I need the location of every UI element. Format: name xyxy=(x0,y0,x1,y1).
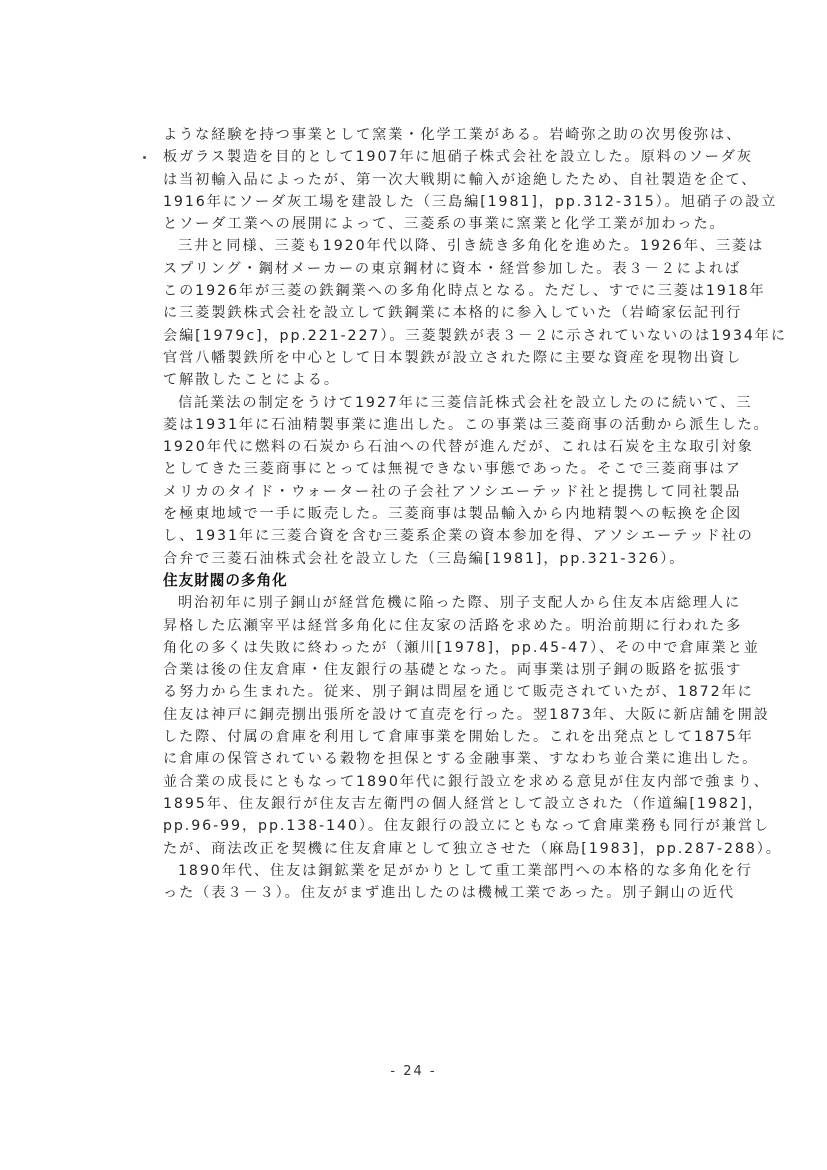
text-line: 合業は後の住友倉庫・住友銀行の基礎となった。両事業は別子銅の販路を拡張す xyxy=(163,659,728,681)
text-line: 1916年にソーダ灰工場を建設した（三島編[1981]，pp.312-315）。… xyxy=(163,191,728,213)
text-line: 官営八幡製鉄所を中心として日本製鉄が設立された際に主要な資産を現物出資し xyxy=(163,347,728,369)
paragraph: ような経験を持つ事業として窯業・化学工業がある。岩崎弥之助の次男俊弥は、 板ガラ… xyxy=(163,124,728,235)
paragraph: 1890年代、住友は銅鉱業を足がかりとして重工業部門への本格的な多角化を行 った… xyxy=(163,860,728,905)
text-line: 会編[1979c]，pp.221-227）。三菱製鉄が表３－２に示されていないの… xyxy=(163,325,728,347)
paragraph: 信託業法の制定をうけて1927年に三菱信託株式会社を設立したのに続いて、三 菱は… xyxy=(163,392,728,570)
text-line: し、1931年に三菱合資を含む三菱系企業の資本参加を得、アソシエーテッド社の xyxy=(163,525,728,547)
text-line: 住友は神戸に銅売捌出張所を設けて直売を行った。翌1873年、大阪に新店舗を開設 xyxy=(163,704,728,726)
text-line: この1926年が三菱の鉄鋼業への多角化時点となる。ただし、すでに三菱は1918年 xyxy=(163,280,728,302)
text-line: 並合業の成長にともなって1890年代に銀行設立を求める意見が住友内部で強まり、 xyxy=(163,771,728,793)
text-line: とソーダ工業への展開によって、三菱系の事業に窯業と化学工業が加わった。 xyxy=(163,213,728,235)
text-line: 三井と同様、三菱も1920年代以降、引き続き多角化を進めた。1926年、三菱は xyxy=(163,235,728,257)
text-line: 1890年代、住友は銅鉱業を足がかりとして重工業部門への本格的な多角化を行 xyxy=(163,860,728,882)
text-line: に三菱製鉄株式会社を設立して鉄鋼業に本格的に参入していた（岩崎家伝記刊行 xyxy=(163,302,728,324)
text-line: 角化の多くは失敗に終わったが（瀬川[1978]，pp.45-47）、その中で倉庫… xyxy=(163,637,728,659)
text-line: は当初輸入品によったが、第一次大戦期に輸入が途絶したため、自社製造を企て、 xyxy=(163,169,728,191)
text-line: 信託業法の制定をうけて1927年に三菱信託株式会社を設立したのに続いて、三 xyxy=(163,392,728,414)
text-line: て解散したことによる。 xyxy=(163,369,728,391)
paragraph: 明治初年に別子銅山が経営危機に陥った際、別子支配人から住友本店総理人に 昇格した… xyxy=(163,592,728,860)
text-line: 1920年代に燃料の石炭から石油への代替が進んだが、これは石炭を主な取引対象 xyxy=(163,436,728,458)
margin-mark xyxy=(143,156,146,159)
section-heading: 住友財閥の多角化 xyxy=(163,570,728,592)
text-line: を極東地域で一手に販売した。三菱商事は製品輸入から内地精製への転換を企図 xyxy=(163,503,728,525)
paragraph: 三井と同様、三菱も1920年代以降、引き続き多角化を進めた。1926年、三菱は … xyxy=(163,235,728,391)
text-line: 合弁で三菱石油株式会社を設立した（三島編[1981]，pp.321-326）。 xyxy=(163,548,728,570)
text-line: 明治初年に別子銅山が経営危機に陥った際、別子支配人から住友本店総理人に xyxy=(163,592,728,614)
text-line: 板ガラス製造を目的として1907年に旭硝子株式会社を設立した。原料のソーダ灰 xyxy=(163,146,728,168)
page-number: - 24 - xyxy=(0,1064,827,1079)
text-line: に倉庫の保管されている穀物を担保とする金融事業、すなわち並合業に進出した。 xyxy=(163,748,728,770)
text-line: 昇格した広瀬宰平は経営多角化に住友家の活路を求めた。明治前期に行われた多 xyxy=(163,615,728,637)
text-line: ような経験を持つ事業として窯業・化学工業がある。岩崎弥之助の次男俊弥は、 xyxy=(163,124,728,146)
text-line: 菱は1931年に石油精製事業に進出した。この事業は三菱商事の活動から派生した。 xyxy=(163,414,728,436)
text-line: pp.96-99，pp.138-140）。住友銀行の設立にともなって倉庫業務も同… xyxy=(163,815,728,837)
text-line: としてきた三菱商事にとっては無視できない事態であった。そこで三菱商事はア xyxy=(163,458,728,480)
text-line: 1895年、住友銀行が住友吉左衛門の個人経営として設立された（作道編[1982]… xyxy=(163,793,728,815)
text-line: した際、付属の倉庫を利用して倉庫事業を開始した。これを出発点として1875年 xyxy=(163,726,728,748)
document-page: ような経験を持つ事業として窯業・化学工業がある。岩崎弥之助の次男俊弥は、 板ガラ… xyxy=(0,0,827,1170)
text-line: る努力から生まれた。従来、別子銅は問屋を通じて販売されていたが、1872年に xyxy=(163,681,728,703)
text-line: たが、商法改正を契機に住友倉庫として独立させた（麻島[1983]，pp.287-… xyxy=(163,838,728,860)
body-text: ような経験を持つ事業として窯業・化学工業がある。岩崎弥之助の次男俊弥は、 板ガラ… xyxy=(163,124,728,904)
text-line: スプリング・鋼材メーカーの東京鋼材に資本・経営参加した。表３－２によれば xyxy=(163,258,728,280)
text-line: った（表３－３）。住友がまず進出したのは機械工業であった。別子銅山の近代 xyxy=(163,882,728,904)
text-line: メリカのタイド・ウォーター社の子会社アソシエーテッド社と提携して同社製品 xyxy=(163,481,728,503)
